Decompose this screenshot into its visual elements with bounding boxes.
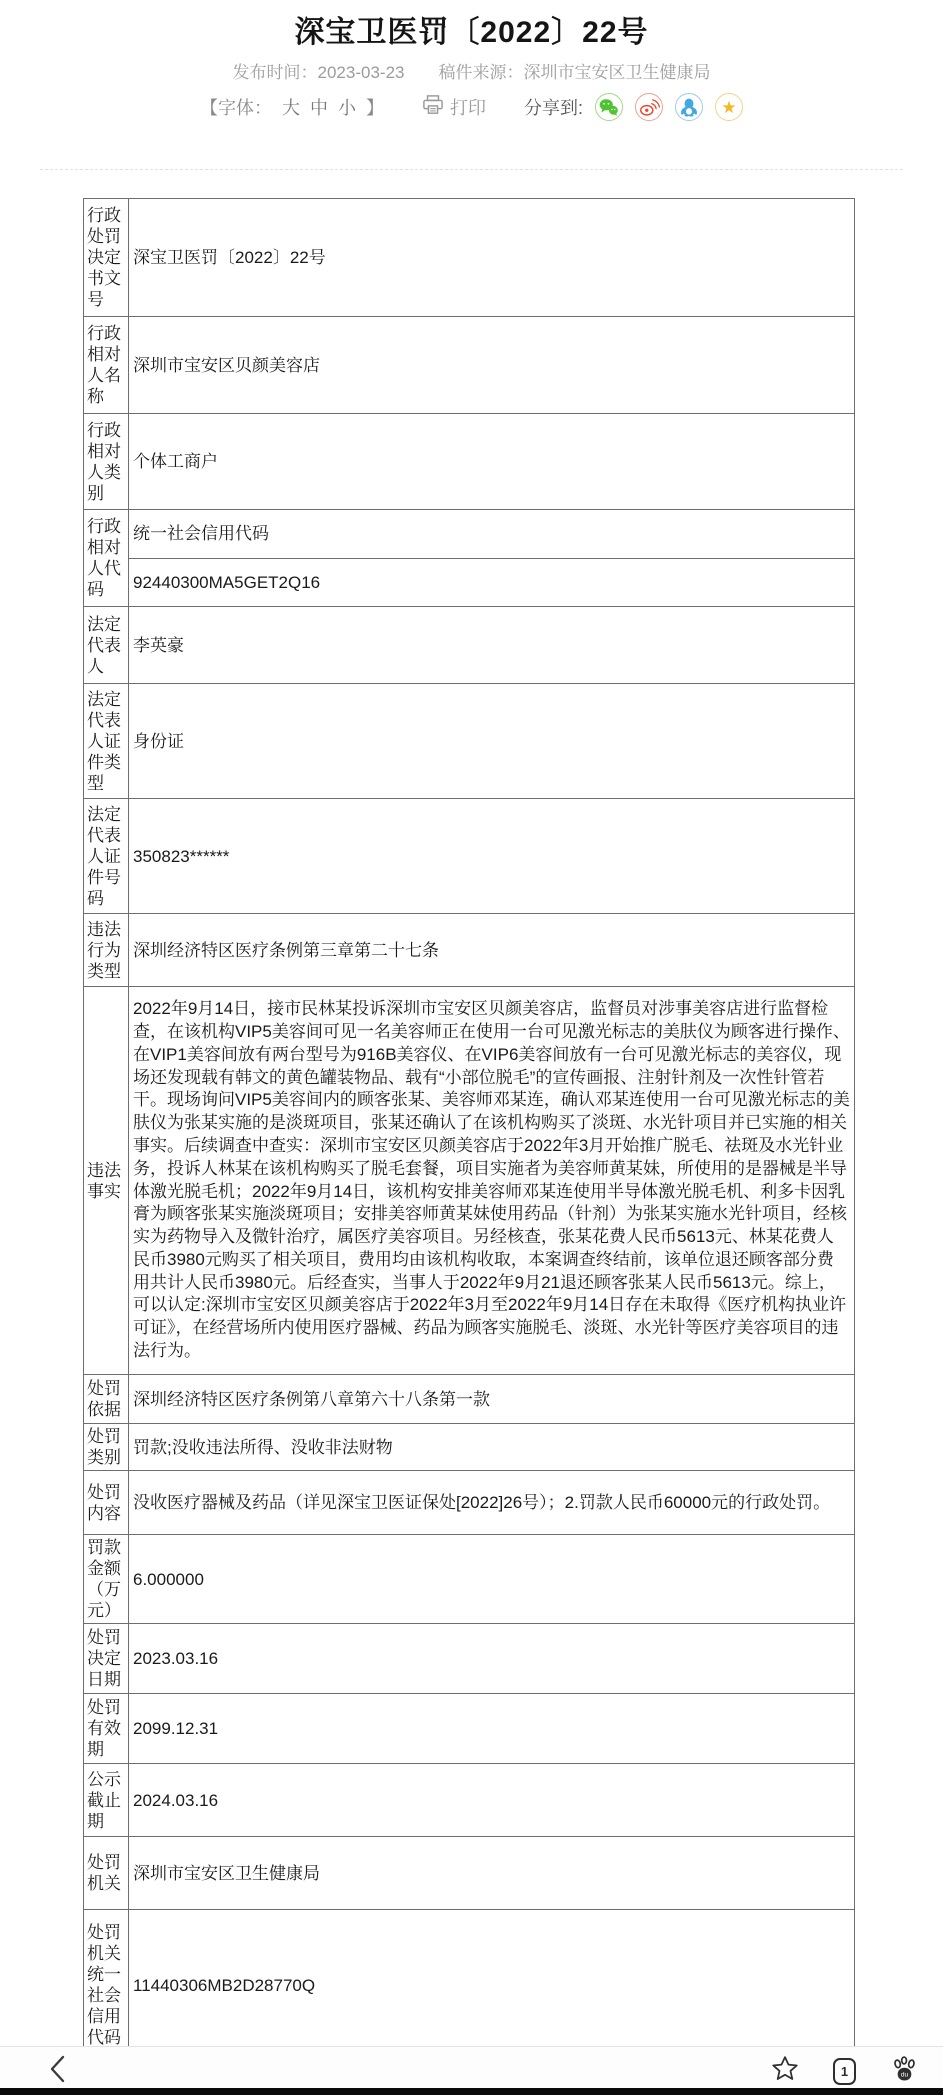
star-glyph: ★: [721, 99, 736, 116]
row-label: 违法行为类型: [84, 914, 129, 986]
font-control-label: 【字体：: [200, 94, 272, 120]
row-label: 行政处罚决定书文号: [84, 199, 129, 316]
row-label: 行政相对人代码: [84, 510, 129, 606]
qzone-star-icon[interactable]: ★: [715, 93, 743, 121]
row-label: 公示截止期: [84, 1764, 129, 1836]
row-label: 法定代表人: [84, 607, 129, 683]
baidu-app-icon[interactable]: du: [890, 2055, 919, 2088]
row-value: 李英豪: [129, 607, 854, 683]
row-label: 处罚类别: [84, 1424, 129, 1470]
row-value: 2024.03.16: [129, 1764, 854, 1836]
back-chevron-icon: [48, 2054, 68, 2089]
row-value: 身份证: [129, 684, 854, 798]
table-row-authority-credit-code: 处罚机关统一社会信用代码 11440306MB2D28770Q: [84, 1910, 854, 2060]
font-size-large-button[interactable]: 大: [282, 94, 300, 120]
table-row-id-type: 法定代表人证件类型 身份证: [84, 684, 854, 799]
row-label: 法定代表人证件号码: [84, 799, 129, 913]
row-label: 行政相对人类别: [84, 414, 129, 509]
tab-counter-button[interactable]: 1: [833, 2058, 856, 2085]
table-row-violation-type: 违法行为类型 深圳经济特区医疗条例第三章第二十七条: [84, 914, 854, 987]
source-value: 深圳市宝安区卫生健康局: [523, 63, 710, 83]
font-control-label-end: 】: [366, 94, 384, 120]
bottom-bar-right: 1 du: [771, 2055, 919, 2088]
font-size-control: 【字体： 大 中 小 】: [200, 94, 384, 120]
toolbar: 【字体： 大 中 小 】 打印 分享到:: [0, 92, 943, 122]
table-row-legal-rep: 法定代表人 李英豪: [84, 607, 854, 684]
table-row-party-type: 行政相对人类别 个体工商户: [84, 414, 854, 510]
back-button[interactable]: [48, 2054, 68, 2089]
table-row-penalty-content: 处罚内容 没收医疗器械及药品（详见深宝卫医证保处[2022]26号）；2.罚款人…: [84, 1471, 854, 1535]
row-label: 处罚内容: [84, 1471, 129, 1534]
table-row-penalty-category: 处罚类别 罚款;没收违法所得、没收非法财物: [84, 1424, 854, 1471]
source-label: 稿件来源：: [438, 63, 523, 83]
row-label: 行政相对人名称: [84, 317, 129, 413]
share-label: 分享到:: [524, 94, 583, 120]
row-value: 6.000000: [129, 1535, 854, 1623]
tab-count: 1: [841, 2064, 848, 2079]
row-label: 处罚依据: [84, 1375, 129, 1423]
print-button[interactable]: 打印: [422, 94, 486, 120]
row-label: 罚款金额（万元）: [84, 1535, 129, 1623]
source: 稿件来源： 深圳市宝安区卫生健康局: [438, 63, 710, 83]
row-label: 法定代表人证件类型: [84, 684, 129, 798]
font-size-medium-button[interactable]: 中: [310, 94, 328, 120]
table-row-publicity-deadline: 公示截止期 2024.03.16: [84, 1764, 854, 1837]
bookmark-star-icon[interactable]: [771, 2055, 799, 2087]
row-value: 深圳经济特区医疗条例第八章第六十八条第一款: [129, 1375, 854, 1423]
font-size-small-button[interactable]: 小: [338, 94, 356, 120]
table-row-party-code: 行政相对人代码 统一社会信用代码 92440300MA5GET2Q16: [84, 510, 854, 607]
row-value: 11440306MB2D28770Q: [129, 1910, 854, 2060]
row-label: 处罚有效期: [84, 1694, 129, 1763]
page-title: 深宝卫医罚〔2022〕22号: [0, 16, 943, 50]
table-row-validity-date: 处罚有效期 2099.12.31: [84, 1694, 854, 1764]
table-row-violation-facts: 违法事实 2022年9月14日，接市民林某投诉深圳市宝安区贝颜美容店，监督员对涉…: [84, 987, 854, 1375]
table-row-decision-date: 处罚决定日期 2023.03.16: [84, 1624, 854, 1694]
row-label: 处罚机关统一社会信用代码: [84, 1910, 129, 2060]
row-value: 深圳市宝安区贝颜美容店: [129, 317, 854, 413]
row-value: 深圳市宝安区卫生健康局: [129, 1837, 854, 1909]
row-value: 深宝卫医罚〔2022〕22号: [129, 199, 854, 316]
code-value: 92440300MA5GET2Q16: [129, 559, 854, 607]
table-row-doc-number: 行政处罚决定书文号 深宝卫医罚〔2022〕22号: [84, 199, 854, 317]
row-label: 处罚决定日期: [84, 1624, 129, 1693]
row-value: 2022年9月14日，接市民林某投诉深圳市宝安区贝颜美容店，监督员对涉事美容店进…: [129, 987, 854, 1374]
header-divider: [40, 169, 903, 170]
row-label: 违法事实: [84, 987, 129, 1374]
row-value: 罚款;没收违法所得、没收非法财物: [129, 1424, 854, 1470]
table-row-penalty-basis: 处罚依据 深圳经济特区医疗条例第八章第六十八条第一款: [84, 1375, 854, 1424]
weibo-icon[interactable]: [635, 93, 663, 121]
row-label: 处罚机关: [84, 1837, 129, 1909]
row-value: 350823******: [129, 799, 854, 913]
row-value: 2023.03.16: [129, 1624, 854, 1693]
row-value: 个体工商户: [129, 414, 854, 509]
print-label: 打印: [450, 94, 486, 120]
share-row: 分享到:: [524, 93, 743, 121]
row-value: 没收医疗器械及药品（详见深宝卫医证保处[2022]26号）；2.罚款人民币600…: [129, 1471, 854, 1534]
publish-time: 发布时间： 2023-03-23: [233, 63, 405, 83]
table-row-fine-amount: 罚款金额（万元） 6.000000: [84, 1535, 854, 1624]
penalty-table: 行政处罚决定书文号 深宝卫医罚〔2022〕22号 行政相对人名称 深圳市宝安区贝…: [83, 198, 855, 2060]
svg-text:du: du: [901, 2071, 909, 2078]
table-row-penalty-authority: 处罚机关 深圳市宝安区卫生健康局: [84, 1837, 854, 1910]
table-row-id-number: 法定代表人证件号码 350823******: [84, 799, 854, 914]
row-value: 2099.12.31: [129, 1694, 854, 1763]
printer-icon: [422, 95, 444, 120]
wechat-icon[interactable]: [595, 93, 623, 121]
home-indicator-bar: [0, 2088, 943, 2095]
meta-row: 发布时间： 2023-03-23 稿件来源： 深圳市宝安区卫生健康局: [0, 63, 943, 83]
publish-time-label: 发布时间：: [233, 63, 318, 83]
qq-icon[interactable]: [675, 93, 703, 121]
code-type: 统一社会信用代码: [129, 510, 854, 559]
row-value: 深圳经济特区医疗条例第三章第二十七条: [129, 914, 854, 986]
table-row-party-name: 行政相对人名称 深圳市宝安区贝颜美容店: [84, 317, 854, 414]
publish-time-value: 2023-03-23: [318, 63, 405, 83]
row-value: 统一社会信用代码 92440300MA5GET2Q16: [129, 510, 854, 606]
